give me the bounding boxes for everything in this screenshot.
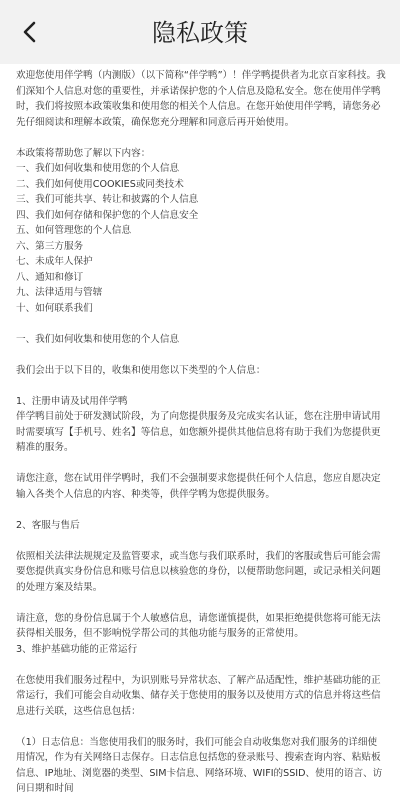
toc-item: 十、如何联系我们 <box>16 301 386 317</box>
section-lead: 我们会出于以下目的，收集和使用您以下类型的个人信息： <box>16 363 386 379</box>
toc-item: 二、我们如何使用COOKIES或同类技术 <box>16 177 386 193</box>
toc-item: 三、我们可能共享、转让和披露的个人信息 <box>16 192 386 208</box>
subsection-title: 1、注册申请及试用伴学鸭 <box>16 394 386 410</box>
subsection-title: 2、客服与售后 <box>16 518 386 534</box>
toc-heading: 本政策将帮助您了解以下内容： <box>16 146 386 162</box>
toc-item: 九、法律适用与管辖 <box>16 285 386 301</box>
subsection-note: 请注意，您的身份信息属于个人敏感信息，请您谨慎提供，如果拒绝提供您将可能无法获得… <box>16 611 386 642</box>
section-title: 一、我们如何收集和使用您的个人信息 <box>16 332 386 348</box>
intro-paragraph: 欢迎您使用伴学鸭（内测版）（以下简称“伴学鸭”）！伴学鸭提供者为北京百家科技。我… <box>16 68 386 130</box>
subsection-body: 伴学鸭目前处于研发测试阶段，为了向您提供服务及完成实名认证，您在注册申请试用时需… <box>16 409 386 456</box>
subsection-body: 在您使用我们服务过程中，为识别账号异常状态、了解产品适配性，维护基础功能的正常运… <box>16 673 386 687</box>
subsection-title: 3、维护基础功能的正常运行 <box>16 642 386 658</box>
chevron-left-icon <box>22 20 38 44</box>
subsection-body: 依照相关法律法规规定及监管要求，或当您与我们联系时，我们的客服或售后可能会需要您… <box>16 549 386 596</box>
toc-item: 八、通知和修订 <box>16 270 386 286</box>
toc-item: 四、我们如何存储和保护您的个人信息安全 <box>16 208 386 224</box>
back-button[interactable] <box>14 16 46 48</box>
nav-bar: 隐私政策 <box>0 0 400 64</box>
subsection-note: 请您注意，您在试用伴学鸭时，我们不会强制要求您提供任何个人信息，您应自愿决定输入… <box>16 471 386 502</box>
toc-item: 六、第三方服务 <box>16 239 386 255</box>
toc-item: 五、如何管理您的个人信息 <box>16 223 386 239</box>
toc-item: 七、未成年人保护 <box>16 254 386 270</box>
policy-content[interactable]: 欢迎您使用伴学鸭（内测版）（以下简称“伴学鸭”）！伴学鸭提供者为北京百家科技。我… <box>16 68 386 686</box>
toc-item: 一、我们如何收集和使用您的个人信息 <box>16 161 386 177</box>
page-title: 隐私政策 <box>0 0 400 64</box>
